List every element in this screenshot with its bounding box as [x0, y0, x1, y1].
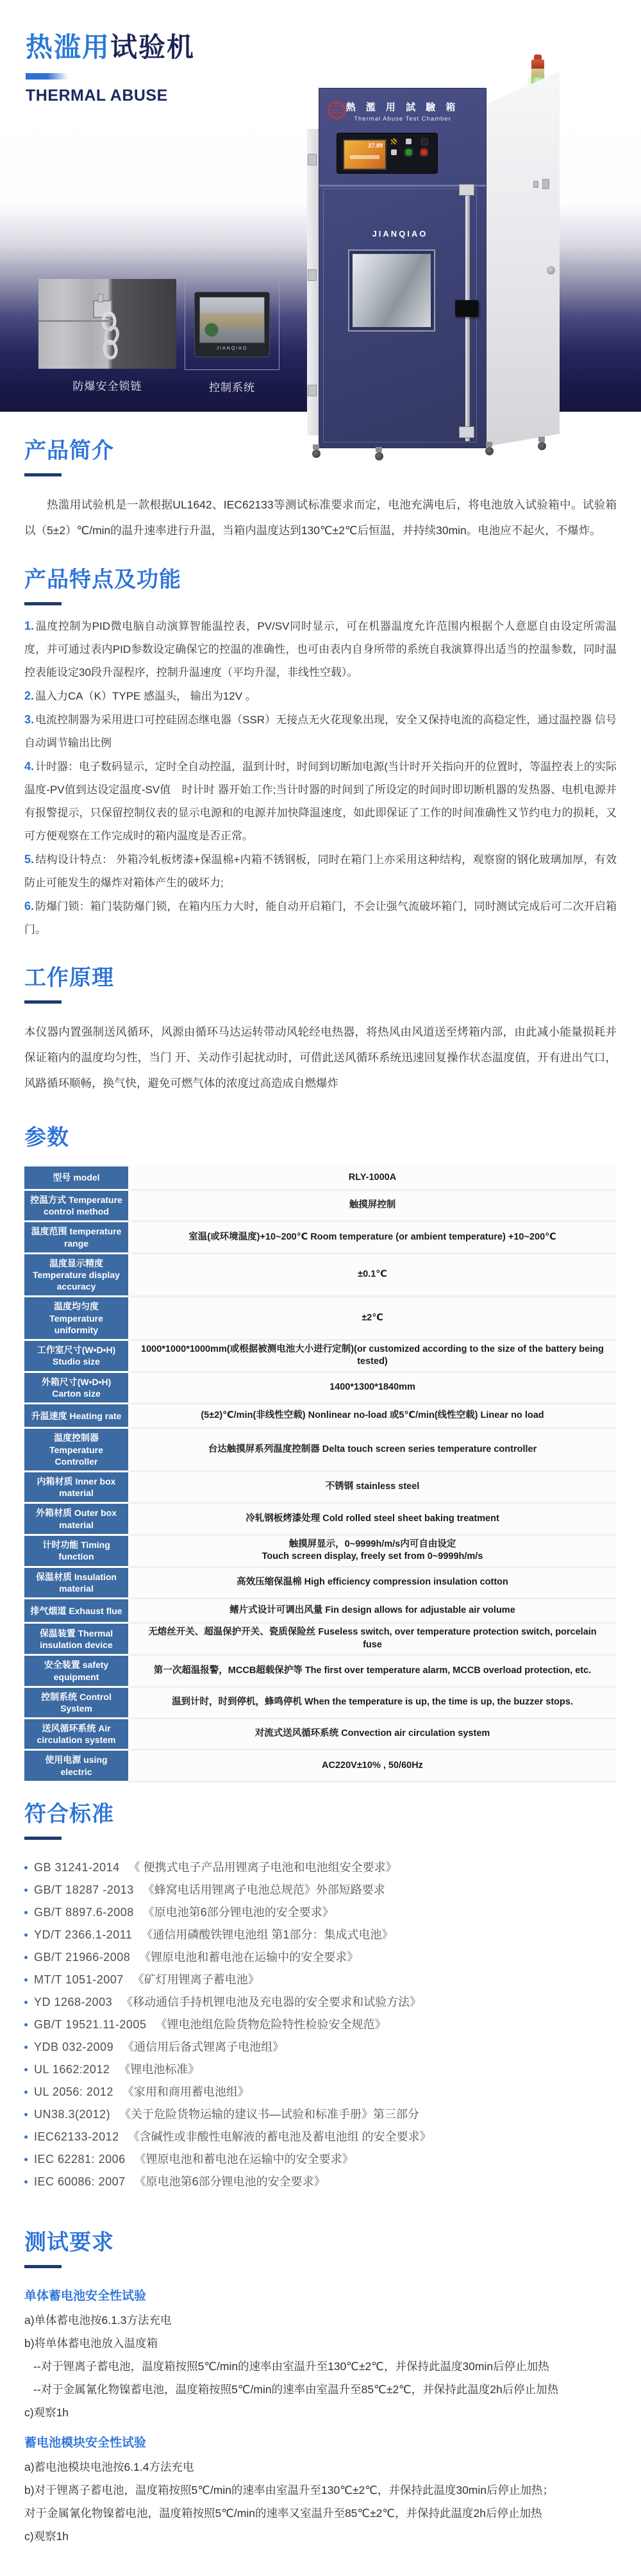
- standard-item: MT/T 1051-2007《矿灯用锂离子蓄电池》: [24, 1969, 617, 1991]
- bullet-icon: [24, 1933, 28, 1937]
- bullet-icon: [24, 1978, 28, 1982]
- bullet-icon: [24, 2091, 28, 2094]
- row-header: 安全装置 safety equipment: [24, 1656, 128, 1687]
- row-value: 1000*1000*1000mm(或根据被测电池大小进行定制)(or custo…: [128, 1341, 617, 1373]
- section-features: 产品特点及功能 1.温度控制为PID微电脑自动演算智能温控表，PV/SV同时显示…: [24, 566, 617, 941]
- standard-item: IEC 60086: 2007《原电池第6部分锂电池的安全要求》: [24, 2171, 617, 2193]
- standard-code: GB/T 8897.6-2008: [34, 1901, 134, 1924]
- standard-item: GB 31241-2014《 便携式电子产品用锂离子电池和电池组安全要求》: [24, 1856, 617, 1879]
- page-header: 热滥用试验机 THERMAL ABUSE: [0, 0, 641, 104]
- row-header: 控温方式 Temperature control method: [24, 1191, 128, 1222]
- standard-item: UL 2056: 2012《家用和商用蓄电池组》: [24, 2081, 617, 2103]
- table-row: 控制系统 Control System温到计时，时到停机，蜂鸣停机 When t…: [24, 1688, 617, 1719]
- feature-number: 2.: [24, 689, 34, 702]
- touch-panel-frame: JIANQIAO: [194, 292, 270, 357]
- row-header: 使用电源 using electric: [24, 1751, 128, 1782]
- feature-text: 温度控制为PID微电脑自动演算智能温控表，PV/SV同时显示，可在机器温度允许范…: [24, 620, 617, 678]
- section-title-features: 产品特点及功能: [24, 566, 617, 593]
- brand-logo-icon: [328, 101, 345, 119]
- feature-text: 温入力CA（K）TYPE 感温头， 输出为12V 。: [35, 690, 256, 702]
- standard-code: MT/T 1051-2007: [34, 1969, 124, 1991]
- row-value: 触摸屏控制: [128, 1191, 617, 1222]
- row-header: 温度范围 temperature range: [24, 1222, 128, 1254]
- params-table: 型号 modelRLY-1000A 控温方式 Temperature contr…: [24, 1166, 617, 1783]
- section-underline: [24, 473, 62, 476]
- machine-title-en: Thermal Abuse Test Chamber: [319, 115, 486, 122]
- table-row: 保温装置 Thermal insulation device无熔丝开关、超温保护…: [24, 1624, 617, 1656]
- caster-wheel: [537, 437, 547, 450]
- standard-title: 《通信用后备式锂离子电池组》: [122, 2036, 284, 2058]
- standard-title: 《家用和商用蓄电池组》: [122, 2081, 249, 2103]
- page-title-rest: 试验机: [110, 32, 195, 62]
- stop-button-icon: [421, 149, 427, 155]
- control-system-caption: 控制系统: [185, 378, 279, 394]
- test-block-title: 蓄电池模块安全性试验: [24, 2433, 617, 2450]
- control-system-photo: JIANQIAO: [185, 279, 279, 370]
- side-latch: [543, 180, 549, 189]
- test-step: a)蓄电池模块电池按6.1.4方法充电: [24, 2455, 617, 2479]
- table-row: 安全装置 safety equipment第一次超温报警，MCCB超载保护等 T…: [24, 1656, 617, 1687]
- row-header: 温度显示精度 Temperature display accuracy: [24, 1254, 128, 1298]
- standard-item: GB/T 8897.6-2008《原电池第6部分锂电池的安全要求》: [24, 1901, 617, 1924]
- row-value: 第一次超温报警，MCCB超载保护等 The first over tempera…: [128, 1656, 617, 1687]
- table-row: 使用电源 using electricAC220V±10% , 50/60Hz: [24, 1751, 617, 1782]
- standard-item: UN38.3(2012)《关于危险货物运输的建议书—试验和标准手册》第三部分: [24, 2103, 617, 2126]
- bullet-icon: [24, 2046, 28, 2049]
- bullet-icon: [24, 2135, 28, 2139]
- row-value: ±0.1℃: [128, 1254, 617, 1298]
- feature-text: 电流控制器为采用进口可控硅固态继电器（SSR）无接点无火花现象出现，安全又保持电…: [24, 714, 617, 749]
- machine-photo: 熱 濫 用 試 驗 箱 Thermal Abuse Test Chamber 2…: [292, 55, 641, 465]
- standard-title: 《含碱性或非酸性电解液的蓄电池及蓄电池组 的安全要求》: [128, 2126, 431, 2148]
- warning-sticker-icon: [391, 139, 397, 144]
- page-title: 热滥用试验机: [26, 32, 641, 63]
- row-header: 升温速度 Heating rate: [24, 1404, 128, 1429]
- door-brand-label: JIANQIAO: [324, 229, 476, 239]
- door-handle: [455, 300, 478, 317]
- door-hinge: [460, 185, 474, 195]
- row-header: 外箱材质 Outer box material: [24, 1504, 128, 1535]
- table-row: 保温材质 Insulation material高效压缩保温棉 High eff…: [24, 1568, 617, 1599]
- row-header: 外箱尺寸(W•D•H) Carton size: [24, 1373, 128, 1404]
- standards-list: GB 31241-2014《 便携式电子产品用锂离子电池和电池组安全要求》 GB…: [24, 1856, 617, 2193]
- start-button-icon: [406, 149, 412, 155]
- standard-title: 《关于危险货物运输的建议书—试验和标准手册》第三部分: [119, 2103, 419, 2126]
- row-header: 排气烟道 Exhaust flue: [24, 1599, 128, 1624]
- section-title-principle: 工作原理: [24, 964, 617, 991]
- test-step: --对于锂离子蓄电池，温度箱按照5℃/min的速率由室温升至130℃±2℃，并保…: [24, 2355, 617, 2378]
- standard-code: YD 1268-2003: [34, 1991, 112, 2014]
- standard-code: IEC 62281: 2006: [34, 2148, 126, 2171]
- bullet-icon: [24, 2023, 28, 2026]
- row-header: 内箱材质 Inner box material: [24, 1472, 128, 1504]
- touch-panel-brand: JIANQIAO: [199, 346, 265, 351]
- intro-paragraph: 热滥用试验机是一款根据UL1642、IEC62133等测试标准要求而定，电池充满…: [24, 492, 617, 543]
- page-subtitle: THERMAL ABUSE: [26, 87, 641, 104]
- row-header: 温度控制器 Temperature Controller: [24, 1429, 128, 1472]
- table-row: 温度均匀度 Temperature uniformity±2℃: [24, 1297, 617, 1341]
- standard-title: 《锂原电池和蓄电池在运输中的安全要求》: [139, 1946, 358, 1969]
- standard-item: YD/T 2366.1-2011《通信用磷酸铁锂电池组 第1部分：集成式电池》: [24, 1924, 617, 1946]
- row-value: 1400*1300*1840mm: [128, 1373, 617, 1404]
- table-row: 升温速度 Heating rate(5±2)℃/min(非线性空载) Nonli…: [24, 1404, 617, 1429]
- section-title-tests: 测试要求: [24, 2229, 617, 2256]
- chain-lock-illustration: [38, 279, 176, 369]
- bullet-icon: [24, 2113, 28, 2116]
- feature-number: 4.: [24, 760, 34, 773]
- bullet-icon: [24, 1866, 28, 1869]
- safety-chain-figure: 防爆安全锁链: [38, 279, 176, 393]
- row-value: 台达触摸屏系列温度控制器 Delta touch screen series t…: [128, 1429, 617, 1472]
- feature-item: 6.防爆门锁：箱门装防爆门锁，在箱内压力大时，能自动开启箱门，不会让强气流破坏箱…: [24, 895, 617, 941]
- standard-title: 《原电池第6部分锂电池的安全要求》: [135, 2171, 326, 2193]
- standard-title: 《蜂窝电话用锂离子电池总规范》外部短路要求: [143, 1879, 385, 1901]
- section-params: 参数 型号 modelRLY-1000A 控温方式 Temperature co…: [24, 1124, 617, 1783]
- row-value: 室温(或环境温度)+10~200℃ Room temperature (or a…: [128, 1222, 617, 1254]
- standard-item: GB/T 18287 -2013《蜂窝电话用锂离子电池总规范》外部短路要求: [24, 1879, 617, 1901]
- standard-item: YD 1268-2003《移动通信手持机锂电池及充电器的安全要求和试验方法》: [24, 1991, 617, 2014]
- feature-item: 2.温入力CA（K）TYPE 感温头， 输出为12V 。: [24, 684, 617, 708]
- product-page: 热滥用试验机 THERMAL ABUSE 熱 濫 用 試 驗 箱 Thermal…: [0, 0, 641, 2576]
- feature-text: 结构设计特点： 外箱冷轧板烤漆+保温棉+内箱不锈钢板，同时在箱门上亦采用这种结构…: [24, 854, 617, 889]
- test-step: c)观察1h: [24, 2401, 617, 2424]
- page-title-highlight: 热滥用: [26, 32, 110, 62]
- standard-title: 《移动通信手持机锂电池及充电器的安全要求和试验方法》: [121, 1991, 421, 2014]
- test-step: b)对于锂离子蓄电池，温度箱按照5℃/min的速率由室温升至130℃±2℃，并保…: [24, 2479, 617, 2502]
- row-value: 冷轧钢板烤漆处理 Cold rolled steel sheet baking …: [128, 1504, 617, 1535]
- standard-title: 《 便携式电子产品用锂离子电池和电池组安全要求》: [129, 1856, 397, 1879]
- standard-code: UN38.3(2012): [34, 2103, 110, 2126]
- standard-title: 《锂原电池和蓄电池在运输中的安全要求》: [135, 2148, 354, 2171]
- section-title-params: 参数: [24, 1124, 617, 1151]
- bullet-icon: [24, 1911, 28, 1914]
- standard-item: IEC 62281: 2006《锂原电池和蓄电池在运输中的安全要求》: [24, 2148, 617, 2171]
- machine-front-panel: 熱 濫 用 試 驗 箱 Thermal Abuse Test Chamber 2…: [319, 88, 487, 448]
- row-header: 温度均匀度 Temperature uniformity: [24, 1297, 128, 1341]
- bullet-icon: [24, 2068, 28, 2071]
- table-row: 工作室尺寸(W•D•H) Studio size1000*1000*1000mm…: [24, 1341, 617, 1373]
- temperature-readout: 27.89: [344, 140, 385, 149]
- row-value: 触摸屏显示，0~9999h/m/s内可自由设定Touch screen disp…: [128, 1536, 617, 1568]
- standard-title: 《矿灯用锂离子蓄电池》: [133, 1969, 260, 1991]
- panel-button: [391, 149, 397, 155]
- standard-title: 《锂电池标准》: [119, 2058, 199, 2081]
- row-header: 控制系统 Control System: [24, 1688, 128, 1719]
- standard-code: IEC62133-2012: [34, 2126, 119, 2148]
- test-step: a)单体蓄电池按6.1.3方法充电: [24, 2309, 617, 2332]
- standard-code: GB/T 21966-2008: [34, 1946, 130, 1969]
- section-tests: 测试要求 单体蓄电池安全性试验 a)单体蓄电池按6.1.3方法充电 b)将单体蓄…: [24, 2229, 617, 2548]
- row-header: 型号 model: [24, 1166, 128, 1191]
- side-latch: [534, 181, 538, 187]
- test-step: 对于金属氰化物镍蓄电池，温度箱按照5℃/min的速率又室温升至85℃±2℃，并保…: [24, 2502, 617, 2525]
- principle-paragraph: 本仪器内置强制送风循环，风源由循环马达运转带动风轮经电热器，将热风由风道送至烤箱…: [24, 1019, 617, 1096]
- caster-wheel: [484, 442, 494, 455]
- standard-code: YD/T 2366.1-2011: [34, 1924, 132, 1946]
- row-value: AC220V±10% , 50/60Hz: [128, 1751, 617, 1782]
- test-step: --对于金属氰化物镍蓄电池，温度箱按照5℃/min的速率由室温升至85℃±2℃，…: [24, 2378, 617, 2401]
- row-header: 送风循环系统 Air circulation system: [24, 1719, 128, 1751]
- feature-item: 3.电流控制器为采用进口可控硅固态继电器（SSR）无接点无火花现象出现，安全又保…: [24, 708, 617, 755]
- table-row: 控温方式 Temperature control method触摸屏控制: [24, 1191, 617, 1222]
- title-accent-bar: [26, 73, 68, 80]
- bullet-icon: [24, 1956, 28, 1959]
- machine-door: JIANQIAO: [323, 189, 477, 442]
- table-row: 内箱材质 Inner box material不锈钢 stainless ste…: [24, 1472, 617, 1504]
- feature-number: 6.: [24, 900, 34, 913]
- standard-code: GB/T 19521.11-2005: [34, 2014, 146, 2036]
- standard-title: 《通信用磷酸铁锂电池组 第1部分：集成式电池》: [141, 1924, 393, 1946]
- test-block-title: 单体蓄电池安全性试验: [24, 2286, 617, 2303]
- row-header: 计时功能 Timing function: [24, 1536, 128, 1568]
- table-row: 排气烟道 Exhaust flue鳍片式设计可调出风量 Fin design a…: [24, 1599, 617, 1624]
- section-standards: 符合标准 GB 31241-2014《 便携式电子产品用锂离子电池和电池组安全要…: [24, 1801, 617, 2193]
- section-underline: [24, 602, 62, 605]
- bullet-icon: [24, 2158, 28, 2161]
- bullet-icon: [24, 2001, 28, 2004]
- machine-left-edge: [307, 129, 319, 435]
- door-hinge: [460, 427, 474, 437]
- table-row: 送风循环系统 Air circulation system对流式送风循环系统 C…: [24, 1719, 617, 1751]
- feature-item: 1.温度控制为PID微电脑自动演算智能温控表，PV/SV同时显示，可在机器温度允…: [24, 614, 617, 684]
- hero-banner: 熱 濫 用 試 驗 箱 Thermal Abuse Test Chamber 2…: [0, 115, 641, 412]
- standard-item: IEC62133-2012《含碱性或非酸性电解液的蓄电池及蓄电池组 的安全要求》: [24, 2126, 617, 2148]
- section-underline: [24, 1837, 62, 1840]
- touchscreen: 27.89: [343, 139, 387, 170]
- control-system-figure: JIANQIAO 控制系统: [185, 279, 279, 394]
- touch-panel-screen: [199, 297, 265, 343]
- standard-code: UL 1662:2012: [34, 2058, 110, 2081]
- feature-text: 防爆门锁：箱门装防爆门锁，在箱内压力大时，能自动开启箱门，不会让强气流破坏箱门，…: [24, 900, 617, 936]
- section-underline: [24, 2265, 62, 2268]
- table-row: 温度控制器 Temperature Controller台达触摸屏系列温度控制器…: [24, 1429, 617, 1472]
- row-value: 鳍片式设计可调出风量 Fin design allows for adjusta…: [128, 1599, 617, 1624]
- row-value: RLY-1000A: [128, 1166, 617, 1191]
- section-title-standards: 符合标准: [24, 1801, 617, 1828]
- test-step: c)观察1h: [24, 2525, 617, 2548]
- feature-item: 4.计时器：电子数码显示，定时全自动控温，温到计时，时间到切断加电源(当计时开关…: [24, 755, 617, 848]
- row-header: 保温材质 Insulation material: [24, 1568, 128, 1599]
- machine-side-panel: [484, 71, 560, 447]
- feature-number: 3.: [24, 713, 34, 726]
- table-row: 温度显示精度 Temperature display accuracy±0.1℃: [24, 1254, 617, 1298]
- row-value: 温到计时，时到停机，蜂鸣停机 When the temperature is u…: [128, 1688, 617, 1719]
- caster-wheel: [311, 444, 321, 457]
- side-vent: [547, 266, 555, 274]
- panel-buttons: [391, 139, 432, 155]
- standard-item: UL 1662:2012《锂电池标准》: [24, 2058, 617, 2081]
- table-row: 外箱材质 Outer box material冷轧钢板烤漆处理 Cold rol…: [24, 1504, 617, 1535]
- standard-title: 《原电池第6部分锂电池的安全要求》: [143, 1901, 334, 1924]
- feature-list: 1.温度控制为PID微电脑自动演算智能温控表，PV/SV同时显示，可在机器温度允…: [24, 614, 617, 941]
- standard-code: GB 31241-2014: [34, 1856, 120, 1879]
- standard-item: GB/T 19521.11-2005《锂电池组危险货物危险特性检验安全规范》: [24, 2014, 617, 2036]
- table-row: 温度范围 temperature range室温(或环境温度)+10~200℃ …: [24, 1222, 617, 1254]
- row-value: 无熔丝开关、超温保护开关、瓷质保险丝 Fuseless switch, over…: [128, 1624, 617, 1656]
- panel-button: [406, 139, 412, 144]
- bullet-icon: [24, 2180, 28, 2184]
- test-step: b)将单体蓄电池放入温度箱: [24, 2332, 617, 2355]
- safety-chain-photo: [38, 279, 176, 369]
- feature-text: 计时器：电子数码显示，定时全自动控温，温到计时，时间到切断加电源(当计时开关指向…: [24, 761, 617, 842]
- row-value: 不锈钢 stainless steel: [128, 1472, 617, 1504]
- row-value: 高效压缩保温棉 High efficiency compression insu…: [128, 1568, 617, 1599]
- standard-code: YDB 032-2009: [34, 2036, 113, 2058]
- table-row: 外箱尺寸(W•D•H) Carton size1400*1300*1840mm: [24, 1373, 617, 1404]
- caster-wheel: [374, 447, 384, 460]
- feature-number: 1.: [24, 619, 34, 632]
- standard-code: IEC 60086: 2007: [34, 2171, 126, 2193]
- row-value: 对流式送风循环系统 Convection air circulation sys…: [128, 1719, 617, 1751]
- machine-control-panel: 27.89: [337, 133, 437, 173]
- bullet-icon: [24, 1889, 28, 1892]
- row-value: ±2℃: [128, 1297, 617, 1341]
- observation-window: [349, 251, 434, 330]
- standard-item: YDB 032-2009《通信用后备式锂离子电池组》: [24, 2036, 617, 2058]
- standard-item: GB/T 21966-2008《锂原电池和蓄电池在运输中的安全要求》: [24, 1946, 617, 1969]
- table-row: 型号 modelRLY-1000A: [24, 1166, 617, 1191]
- table-row: 计时功能 Timing function触摸屏显示，0~9999h/m/s内可自…: [24, 1536, 617, 1568]
- standard-code: UL 2056: 2012: [34, 2081, 113, 2103]
- safety-chain-caption: 防爆安全锁链: [38, 377, 176, 393]
- row-value: (5±2)℃/min(非线性空载) Nonlinear no-load 或5℃/…: [128, 1404, 617, 1429]
- panel-button: [421, 139, 428, 146]
- feature-number: 5.: [24, 853, 34, 866]
- feature-item: 5.结构设计特点： 外箱冷轧板烤漆+保温棉+内箱不锈钢板，同时在箱门上亦采用这种…: [24, 848, 617, 895]
- row-header: 保温装置 Thermal insulation device: [24, 1624, 128, 1656]
- row-header: 工作室尺寸(W•D•H) Studio size: [24, 1341, 128, 1373]
- standard-code: GB/T 18287 -2013: [34, 1879, 134, 1901]
- section-principle: 工作原理 本仪器内置强制送风循环，风源由循环马达运转带动风轮经电热器，将热风由风…: [24, 964, 617, 1096]
- section-underline: [24, 1000, 62, 1004]
- standard-title: 《锂电池组危险货物危险特性检验安全规范》: [155, 2014, 386, 2036]
